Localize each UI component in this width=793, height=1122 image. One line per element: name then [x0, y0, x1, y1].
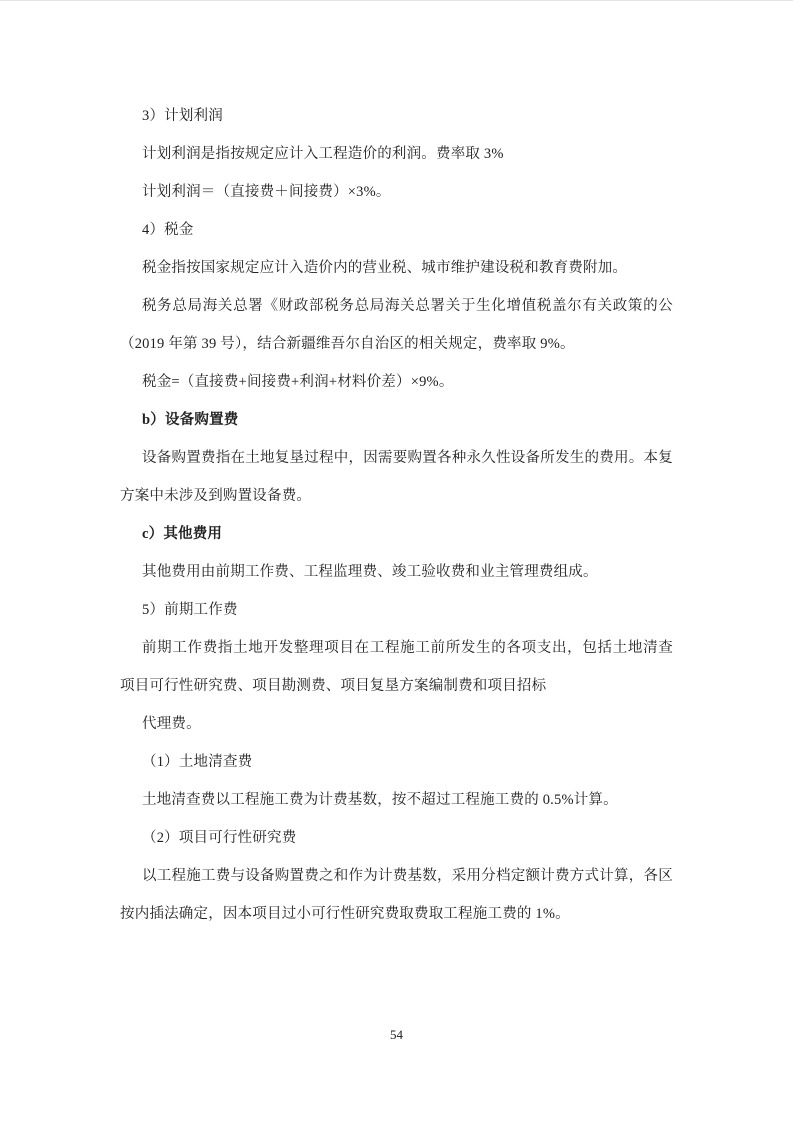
text-line: 5）前期工作费 — [120, 591, 673, 629]
text-line: b）设备购置费 — [120, 401, 673, 439]
text-line: 税金=（直接费+间接费+利润+材料价差）×9%。 — [120, 363, 673, 401]
text-line: c）其他费用 — [120, 515, 673, 553]
text-line: 计划利润＝（直接费＋间接费）×3%。 — [120, 173, 673, 211]
text-line: 其他费用由前期工作费、工程监理费、竣工验收费和业主管理费组成。 — [120, 553, 673, 591]
text-line: 以工程施工费与设备购置费之和作为计费基数，采用分档定额计费方式计算，各区间 — [120, 857, 673, 895]
text-line: 方案中未涉及到购置设备费。 — [120, 477, 673, 515]
document-page: 3）计划利润计划利润是指按规定应计入工程造价的利润。费率取 3%计划利润＝（直接… — [0, 0, 793, 1122]
text-line: 前期工作费指土地开发整理项目在工程施工前所发生的各项支出，包括土地清查费、 — [120, 629, 673, 667]
text-line: 计划利润是指按规定应计入工程造价的利润。费率取 3% — [120, 135, 673, 173]
text-line: 设备购置费指在土地复垦过程中，因需要购置各种永久性设备所发生的费用。本复垦 — [120, 439, 673, 477]
text-line: 项目可行性研究费、项目勘测费、项目复垦方案编制费和项目招标 — [120, 667, 673, 705]
document-body-text: 3）计划利润计划利润是指按规定应计入工程造价的利润。费率取 3%计划利润＝（直接… — [120, 97, 673, 933]
text-line: 4）税金 — [120, 211, 673, 249]
text-line: （2019 年第 39 号），结合新疆维吾尔自治区的相关规定，费率取 9%。 — [120, 325, 673, 363]
text-line: 3）计划利润 — [120, 97, 673, 135]
text-line: 税金指按国家规定应计入造价内的营业税、城市维护建设税和教育费附加。 — [120, 249, 673, 287]
page-number: 54 — [0, 1027, 793, 1043]
text-line: （1）土地清查费 — [120, 743, 673, 781]
text-line: （2）项目可行性研究费 — [120, 819, 673, 857]
text-line: 土地清查费以工程施工费为计费基数，按不超过工程施工费的 0.5%计算。 — [120, 781, 673, 819]
text-line: 按内插法确定，因本项目过小可行性研究费取费取工程施工费的 1%。 — [120, 895, 673, 933]
text-line: 税务总局海关总署《财政部税务总局海关总署关于生化增值税盖尔有关政策的公告》 — [120, 287, 673, 325]
text-line: 代理费。 — [120, 705, 673, 743]
